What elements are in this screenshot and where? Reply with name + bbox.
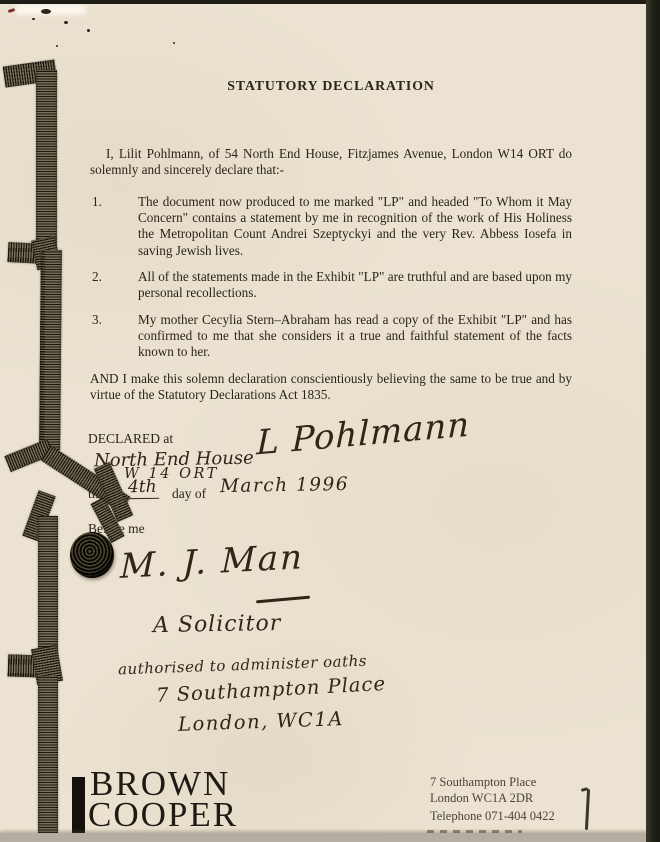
- scan-light-patch: [16, 4, 86, 15]
- solicitor-signature: M. J. Man: [120, 537, 304, 587]
- handwritten-day: 4th: [126, 477, 159, 500]
- item-text: All of the statements made in the Exhibi…: [138, 269, 572, 301]
- declaration-item-3: 3. My mother Cecylia Stern–Abraham has r…: [90, 312, 572, 361]
- letterhead-address-line2: London WC1A 2DR: [430, 791, 555, 807]
- ink-speck: [173, 42, 175, 44]
- scanned-statutory-declaration-page: STATUTORY DECLARATION I, Lilit Pohlmann,…: [0, 0, 660, 842]
- ink-speck: [56, 45, 58, 47]
- letterhead-address-line1: 7 Southampton Place: [430, 775, 555, 791]
- ribbon-segment: [38, 676, 58, 833]
- solicitor-address-line1: 7 Southampton Place: [156, 672, 387, 707]
- ink-speck: [64, 21, 68, 24]
- scan-edge-bottom: [0, 833, 660, 842]
- solicitor-address-line2: London, WC1A: [178, 707, 345, 736]
- item-number: 2.: [92, 269, 102, 285]
- item-number: 1.: [92, 194, 102, 210]
- item-number: 3.: [92, 312, 102, 328]
- document-title: STATUTORY DECLARATION: [90, 78, 572, 94]
- declaration-item-2: 2. All of the statements made in the Exh…: [90, 269, 572, 301]
- day-of-label: day of: [172, 486, 206, 502]
- ink-speck: [32, 18, 35, 20]
- ribbon-segment: [39, 250, 62, 450]
- letterhead-firm-line2: COOPER: [88, 799, 238, 830]
- ribbon-segment: [38, 516, 58, 662]
- item-text: The document now produced to me marked "…: [138, 194, 572, 259]
- scan-edge-right: [646, 0, 660, 842]
- letterhead-telephone: Telephone 071-404 0422: [430, 809, 555, 825]
- declaration-closing: AND I make this solemn declaration consc…: [90, 371, 572, 403]
- pen-stroke-mark: [585, 789, 590, 830]
- letterhead-address-block: 7 Southampton Place London WC1A 2DR Tele…: [430, 775, 555, 825]
- ribbon-segment: [36, 70, 57, 252]
- item-text: My mother Cecylia Stern–Abraham has read…: [138, 312, 572, 361]
- letterhead-bar: [72, 777, 85, 833]
- scan-edge-top: [0, 0, 660, 4]
- ink-speck: [87, 29, 90, 32]
- signature-underline-stroke: [256, 596, 310, 603]
- declarant-signature: L Pohlmann: [256, 405, 470, 464]
- solicitor-title: A Solicitor: [153, 611, 282, 638]
- declaration-item-1: 1. The document now produced to me marke…: [90, 194, 572, 259]
- declaration-intro: I, Lilit Pohlmann, of 54 North End House…: [90, 146, 572, 178]
- ink-speck: [41, 9, 51, 14]
- declared-at-label: DECLARED at: [88, 431, 173, 447]
- handwritten-month-year: March 1996: [220, 474, 349, 497]
- wax-seal-rosette: [70, 532, 114, 578]
- red-ink-speck: [8, 8, 16, 13]
